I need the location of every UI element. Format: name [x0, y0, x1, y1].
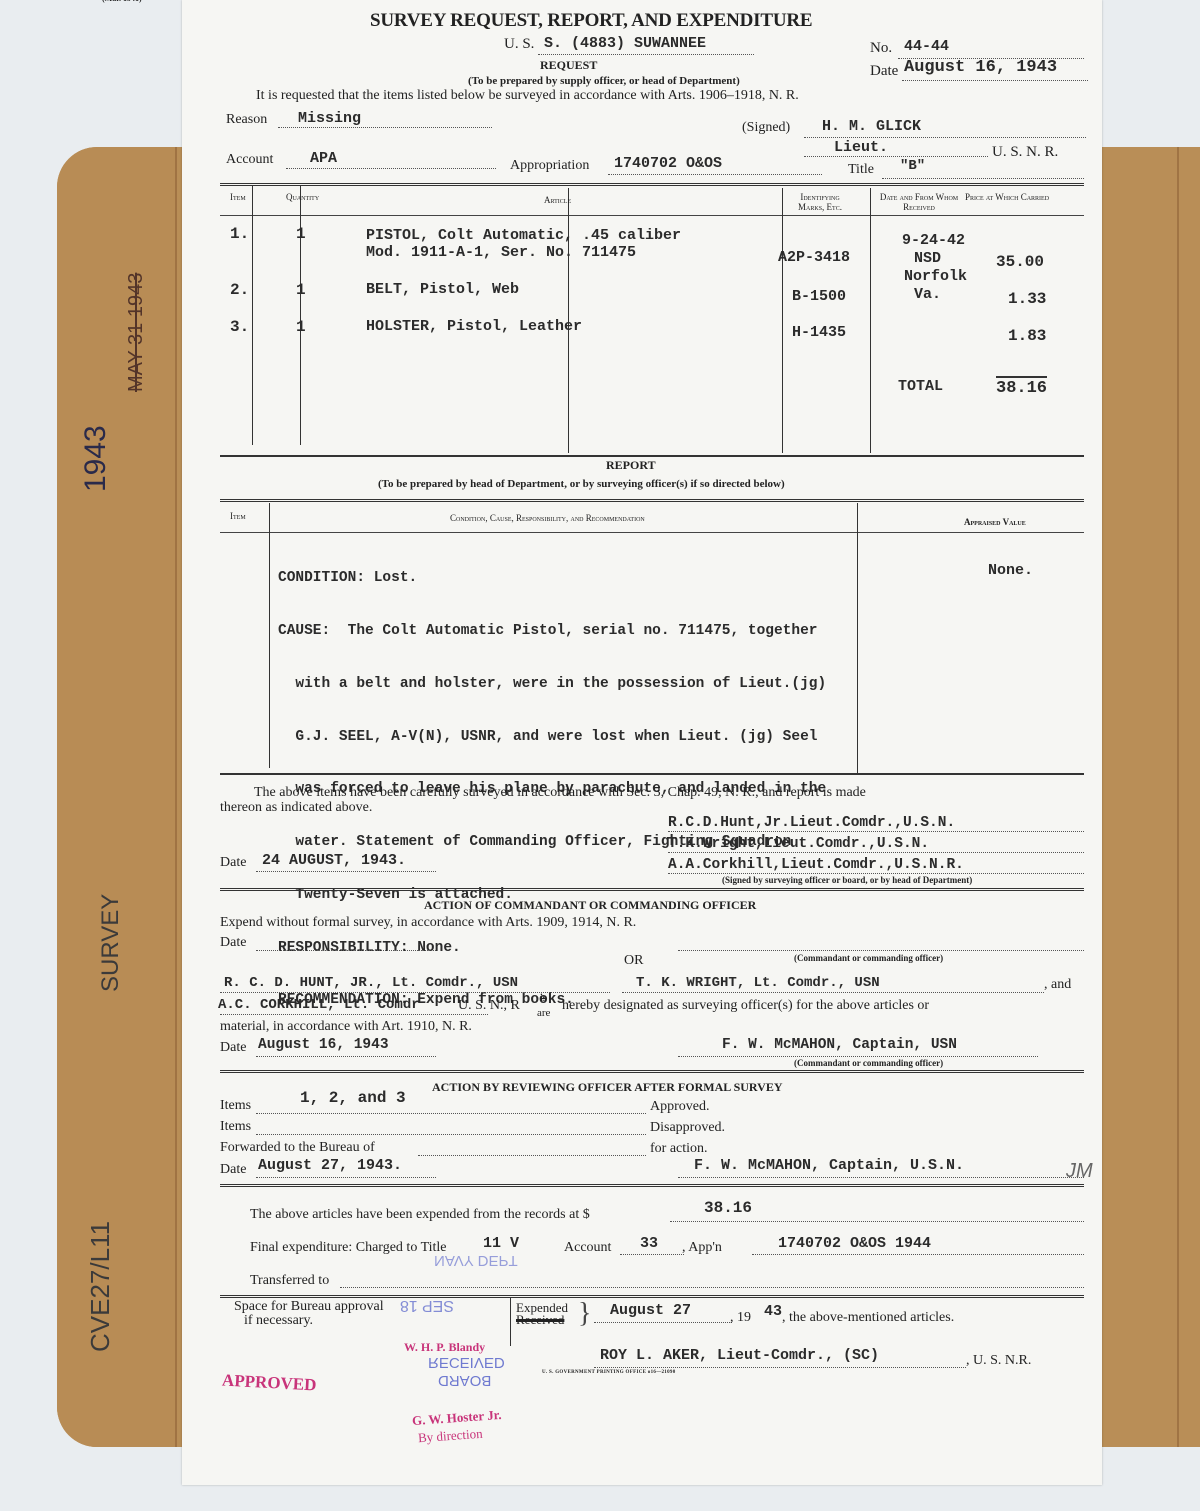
approved-label: Approved.	[650, 1099, 710, 1115]
approved-stamp: APPROVED	[222, 1371, 317, 1396]
total-value: 38.16	[996, 376, 1047, 398]
received-stamp: RECEIVED	[428, 1354, 505, 1371]
folder-label-file-code: CVE27/L11	[85, 1221, 116, 1352]
requester-signature: H. M. GLICK	[822, 118, 921, 135]
items-approved-field: 1, 2, and 3	[300, 1089, 406, 1107]
surveyor-signature-1: R.C.D.Hunt,Jr.Lieut.Comdr.,U.S.N.	[668, 815, 955, 831]
printing-office-imprint: U. S. GOVERNMENT PRINTING OFFICE o16—210…	[542, 1370, 676, 1375]
report-line-responsibility: RESPONSIBILITY: None.	[278, 940, 826, 958]
item-3-number: 3.	[230, 318, 249, 336]
item-3-identifying-marks: H-1435	[792, 324, 846, 341]
commandant-caption: (Commandant or commanding officer)	[794, 953, 943, 963]
report-date-field: 24 AUGUST, 1943.	[262, 852, 406, 869]
item-3-quantity: 1	[296, 318, 306, 336]
appraised-value: None.	[988, 562, 1033, 579]
report-date-label: Date	[220, 855, 246, 871]
folder-crossed-out-date: MAY 31 1943	[125, 273, 148, 392]
account-field: APA	[310, 150, 337, 167]
header-quantity: Quantity	[286, 192, 319, 202]
signed-label: (Signed)	[742, 120, 790, 136]
date-received-stamp: SEP 18	[400, 1296, 454, 1314]
item-2-identifying-marks: B-1500	[792, 288, 846, 305]
commandant-date2-label: Date	[220, 1040, 246, 1056]
bureau-year-field: 43	[764, 1303, 782, 1320]
hoster-stamp: G. W. Hoster Jr.	[412, 1407, 502, 1429]
report-header-condition: Condition, Cause, Responsibility, and Re…	[450, 513, 645, 523]
item-2-quantity: 1	[296, 281, 306, 299]
and-label: , and	[1044, 977, 1071, 993]
request-intro-text: It is requested that the items listed be…	[256, 88, 799, 104]
header-item: Item	[230, 192, 246, 202]
total-label: TOTAL	[898, 378, 943, 395]
final-account-field: 33	[640, 1235, 658, 1252]
designated-officer-1: R. C. D. HUNT, JR., Lt. Comdr., USN	[224, 975, 518, 991]
date-label: Date	[870, 63, 898, 80]
designated-officer-3: A.C. CORKHILL, Lt. Comdr	[218, 997, 420, 1013]
report-line-condition: CONDITION: Lost.	[278, 570, 826, 588]
board-stamp: BOARD	[438, 1372, 491, 1389]
commandant-heading: ACTION OF COMMANDANT OR COMMANDING OFFIC…	[424, 898, 756, 913]
final-expenditure-label: Final expenditure: Charged to Title	[250, 1240, 447, 1256]
folder-year-handwritten: 1943	[79, 425, 113, 492]
expended-amount-field: 38.16	[704, 1199, 752, 1217]
reviewing-date-field: August 27, 1943.	[258, 1157, 402, 1174]
reviewing-date-label: Date	[220, 1162, 246, 1178]
ship-prefix-label: U. S.	[504, 36, 534, 53]
or-label: OR	[624, 953, 643, 969]
item-1-number: 1.	[230, 225, 249, 243]
by-direction-stamp: By direction	[418, 1426, 484, 1446]
ship-name-field: S. (4883) SUWANNEE	[544, 35, 706, 52]
folder-edge-line	[1177, 147, 1179, 1447]
item-2-number: 2.	[230, 281, 249, 299]
item-1-price: 35.00	[996, 253, 1044, 271]
survey-form-sheet: (Mar. 1941) SURVEY REQUEST, REPORT, AND …	[182, 0, 1102, 1485]
received-line-1: 9-24-42	[902, 232, 965, 249]
surveyor-signature-3: A.A.Corkhill,Lieut.Comdr.,U.S.N.R.	[668, 857, 964, 873]
commandant-signature: F. W. McMAHON, Captain, USN	[722, 1037, 957, 1053]
report-header-item: Item	[230, 511, 246, 521]
usnr-label: U. S. N., R	[458, 998, 520, 1014]
commandant-date-label: Date	[220, 935, 246, 951]
forwarded-label: Forwarded to the Bureau of	[220, 1140, 375, 1156]
item-1-quantity: 1	[296, 225, 306, 243]
appn-field: 1740702 O&OS 1944	[778, 1235, 931, 1252]
item-3-price: 1.83	[1008, 327, 1046, 345]
surveyor-caption: (Signed by surveying officer or board, o…	[722, 875, 972, 885]
report-line-cause-cont: with a belt and holster, were in the pos…	[278, 676, 826, 694]
title-label: Title	[848, 162, 874, 178]
item-2-price: 1.33	[1008, 290, 1046, 308]
brace: }	[578, 1298, 591, 1330]
item-2-article: BELT, Pistol, Web	[366, 281, 519, 298]
items-disapproved-label: Items	[220, 1119, 251, 1135]
commandant-caption2: (Commandant or commanding officer)	[794, 1058, 943, 1068]
report-line-cause: CAUSE: The Colt Automatic Pistol, serial…	[278, 623, 826, 641]
folder-tab	[57, 147, 177, 1447]
report-heading: REPORT	[606, 458, 656, 473]
item-1-article-line2: Mod. 1911-A-1, Ser. No. 711475	[366, 244, 636, 261]
title-field: "B"	[900, 158, 925, 174]
header-identifying-marks: Identifying Marks, Etc.	[790, 192, 850, 212]
item-1-article-line1: PISTOL, Colt Automatic, .45 caliber	[366, 227, 681, 244]
blandy-stamp: W. H. P. Blandy	[404, 1340, 485, 1355]
disapproved-label: Disapproved.	[650, 1120, 725, 1136]
surveyor-signature-2: T.K.Wright,Lieut.Comdr.,U.S.N.	[668, 836, 929, 852]
above-mentioned-text: , the above-mentioned articles.	[782, 1310, 954, 1326]
date-field: August 16, 1943	[904, 58, 1057, 77]
bureau-expended-date: August 27	[610, 1302, 691, 1319]
final-account-label: Account	[564, 1240, 611, 1256]
reason-label: Reason	[226, 112, 267, 128]
received-line-3: Norfolk	[904, 268, 967, 285]
item-1-identifying-marks: A2P-3418	[778, 249, 850, 266]
report-subheading: (To be prepared by head of Department, o…	[378, 478, 785, 490]
folder-label-survey: SURVEY	[97, 894, 125, 992]
appropriation-label: Appropriation	[510, 158, 589, 174]
navy-dept-stamp: NAVY DEPT	[434, 1252, 518, 1269]
certification-line1: The above items have been carefully surv…	[254, 785, 866, 801]
expended-received-selector: Expended Received	[516, 1302, 568, 1326]
expend-without-survey-text: Expend without formal survey, in accorda…	[220, 915, 636, 931]
account-label: Account	[226, 152, 273, 168]
pencil-initials: JM	[1066, 1160, 1093, 1183]
number-field: 44-44	[904, 38, 949, 55]
received-line-4: Va.	[914, 286, 941, 303]
item-3-article: HOLSTER, Pistol, Leather	[366, 318, 582, 335]
header-price: Price at Which Carried	[962, 192, 1052, 202]
reviewing-heading: ACTION BY REVIEWING OFFICER AFTER FORMAL…	[432, 1080, 783, 1095]
received-option-struck: Received	[516, 1314, 568, 1326]
form-code: (Mar. 1941)	[102, 0, 142, 3]
commandant-date2-field: August 16, 1943	[258, 1037, 389, 1053]
bureau-officer-suffix: , U. S. N.R.	[966, 1353, 1031, 1369]
received-line-2: NSD	[914, 250, 941, 267]
header-article: Article	[544, 195, 571, 205]
header-date-received: Date and From Whom Received	[876, 192, 962, 212]
designated-officer-2: T. K. WRIGHT, Lt. Comdr., USN	[636, 975, 880, 991]
expended-from-records-text: The above articles have been expended fr…	[250, 1207, 590, 1223]
for-action-label: for action.	[650, 1141, 708, 1157]
certification-line2: thereon as indicated above.	[220, 800, 372, 816]
reason-field: Missing	[298, 110, 361, 127]
designated-text: hereby designated as surveying officer(s…	[562, 998, 929, 1014]
number-label: No.	[870, 40, 892, 57]
requester-rank: Lieut.	[834, 139, 888, 156]
charged-title-field: 11 V	[483, 1235, 519, 1252]
transferred-to-label: Transferred to	[250, 1273, 329, 1289]
year-prefix: , 19	[730, 1310, 751, 1326]
appropriation-field: 1740702 O&OS	[614, 155, 722, 172]
form-title: SURVEY REQUEST, REPORT, AND EXPENDITURE	[370, 10, 812, 32]
requester-service: U. S. N. R.	[992, 144, 1058, 161]
report-header-appraised-value: Appraised Value	[964, 517, 1026, 527]
are-option: are	[537, 1007, 550, 1019]
report-line-cause-cont: G.J. SEEL, A-V(N), USNR, and were lost w…	[278, 729, 826, 747]
reviewing-signature: F. W. McMAHON, Captain, U.S.N.	[694, 1157, 964, 1174]
request-subheading: (To be prepared by supply officer, or he…	[468, 75, 740, 87]
items-approved-label: Items	[220, 1098, 251, 1114]
bureau-officer-signature: ROY L. AKER, Lieut-Comdr., (SC)	[600, 1347, 879, 1364]
bureau-approval-space-label: Space for Bureau approval if necessary.	[234, 1300, 384, 1328]
request-heading: REQUEST	[540, 58, 597, 73]
material-text: material, in accordance with Art. 1910, …	[220, 1019, 472, 1035]
folder-edge-line	[175, 147, 177, 1447]
is-option-struck: is	[540, 993, 547, 1004]
appn-label: , App'n	[682, 1240, 722, 1256]
